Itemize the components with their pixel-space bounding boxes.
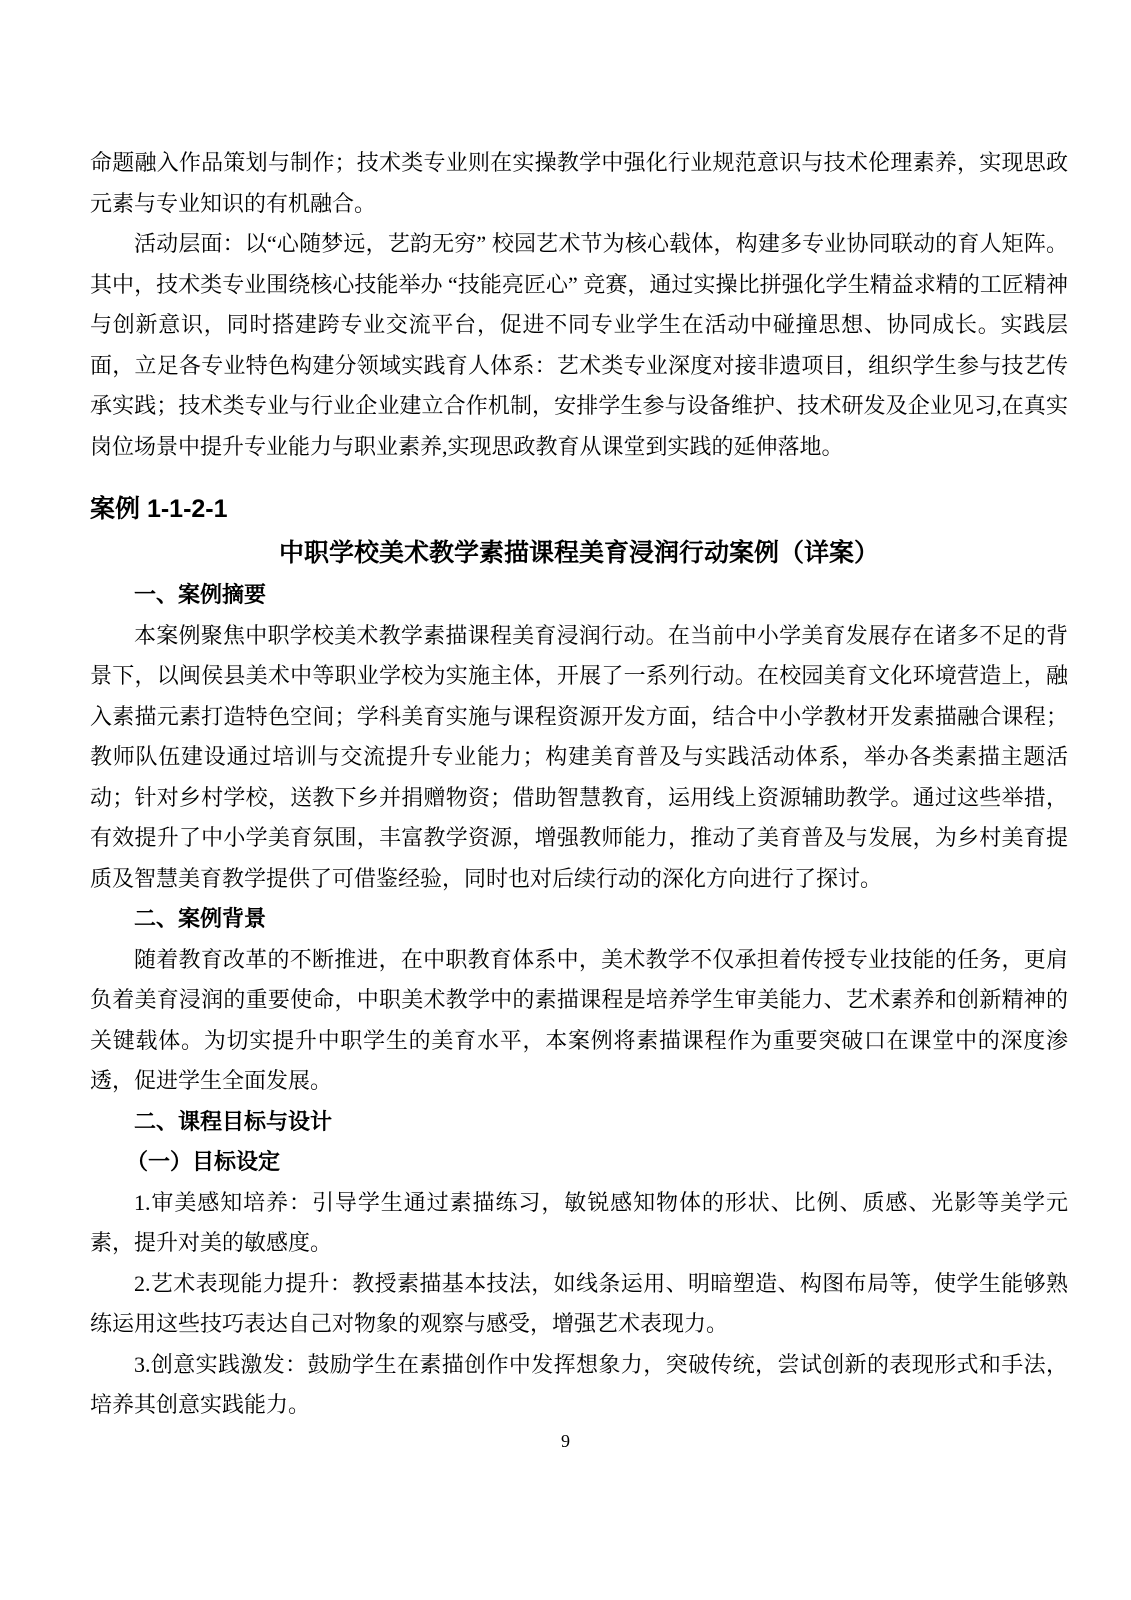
section-heading-course-goals: 二、课程目标与设计 bbox=[90, 1102, 1068, 1143]
list-item-artistic-expression: 2.艺术表现能力提升：教授素描基本技法，如线条运用、明暗塑造、构图布局等，使学生… bbox=[90, 1264, 1068, 1345]
subsection-heading-goal-setting: （一）目标设定 bbox=[90, 1142, 1068, 1183]
paragraph-activity-level: 活动层面：以“心随梦远，艺韵无穷” 校园艺术节为核心载体，构建多专业协同联动的育… bbox=[90, 224, 1068, 467]
section-heading-case-summary: 一、案例摘要 bbox=[90, 575, 1068, 616]
paragraph-continuation: 命题融入作品策划与制作；技术类专业则在实操教学中强化行业规范意识与技术伦理素养，… bbox=[90, 143, 1068, 224]
case-label: 案例 1-1-2-1 bbox=[90, 487, 1068, 531]
paragraph-case-background: 随着教育改革的不断推进，在中职教育体系中，美术教学不仅承担着传授专业技能的任务，… bbox=[90, 940, 1068, 1102]
document-content: 命题融入作品策划与制作；技术类专业则在实操教学中强化行业规范意识与技术伦理素养，… bbox=[90, 143, 1068, 1426]
page-number: 9 bbox=[0, 1430, 1131, 1452]
list-item-aesthetic-perception: 1.审美感知培养：引导学生通过素描练习，敏锐感知物体的形状、比例、质感、光影等美… bbox=[90, 1183, 1068, 1264]
document-title: 中职学校美术教学素描课程美育浸润行动案例（详案） bbox=[90, 531, 1068, 575]
section-heading-case-background: 二、案例背景 bbox=[90, 899, 1068, 940]
document-page: 命题融入作品策划与制作；技术类专业则在实操教学中强化行业规范意识与技术伦理素养，… bbox=[0, 0, 1131, 1600]
list-item-creative-practice: 3.创意实践激发：鼓励学生在素描创作中发挥想象力，突破传统，尝试创新的表现形式和… bbox=[90, 1345, 1068, 1426]
paragraph-case-summary: 本案例聚焦中职学校美术教学素描课程美育浸润行动。在当前中小学美育发展存在诸多不足… bbox=[90, 616, 1068, 900]
